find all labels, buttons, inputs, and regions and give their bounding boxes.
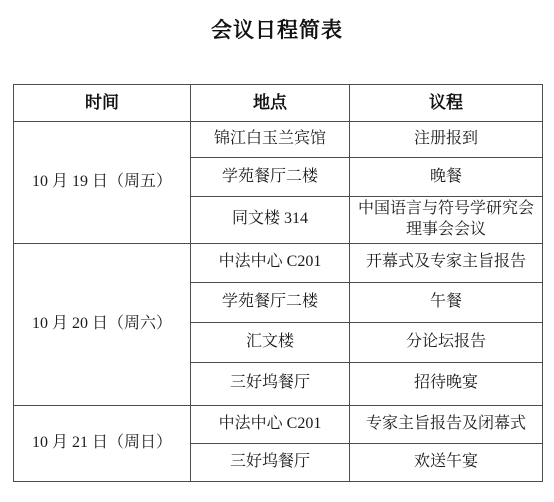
date-cell-oct20: 10 月 20 日（周六） [14, 243, 191, 405]
schedule-table: 时间 地点 议程 10 月 19 日（周五） 锦江白玉兰宾馆 注册报到 学苑餐厅… [13, 84, 543, 482]
agenda-cell: 开幕式及专家主旨报告 [350, 243, 543, 282]
agenda-cell: 招待晚宴 [350, 362, 543, 405]
header-row: 时间 地点 议程 [14, 85, 543, 122]
agenda-cell: 晚餐 [350, 158, 543, 197]
location-cell: 中法中心 C201 [191, 405, 350, 443]
table-row: 10 月 21 日（周日） 中法中心 C201 专家主旨报告及闭幕式 [14, 405, 543, 443]
location-cell: 三好坞餐厅 [191, 362, 350, 405]
agenda-cell: 午餐 [350, 282, 543, 322]
column-header-time: 时间 [14, 85, 191, 122]
date-cell-oct19: 10 月 19 日（周五） [14, 122, 191, 244]
agenda-cell: 注册报到 [350, 122, 543, 158]
location-cell: 三好坞餐厅 [191, 443, 350, 481]
location-cell: 中法中心 C201 [191, 243, 350, 282]
location-cell: 锦江白玉兰宾馆 [191, 122, 350, 158]
column-header-location: 地点 [191, 85, 350, 122]
date-cell-oct21: 10 月 21 日（周日） [14, 405, 191, 481]
agenda-cell: 专家主旨报告及闭幕式 [350, 405, 543, 443]
location-cell: 同文楼 314 [191, 197, 350, 244]
location-cell: 学苑餐厅二楼 [191, 158, 350, 197]
column-header-agenda: 议程 [350, 85, 543, 122]
table-row: 10 月 19 日（周五） 锦江白玉兰宾馆 注册报到 [14, 122, 543, 158]
page-title: 会议日程简表 [0, 14, 554, 44]
agenda-cell: 分论坛报告 [350, 322, 543, 362]
agenda-cell: 中国语言与符号学研究会理事会会议 [350, 197, 543, 244]
agenda-cell: 欢送午宴 [350, 443, 543, 481]
location-cell: 汇文楼 [191, 322, 350, 362]
location-cell: 学苑餐厅二楼 [191, 282, 350, 322]
table-row: 10 月 20 日（周六） 中法中心 C201 开幕式及专家主旨报告 [14, 243, 543, 282]
document-page: { "title": "会议日程简表", "table": { "headers… [0, 0, 554, 502]
